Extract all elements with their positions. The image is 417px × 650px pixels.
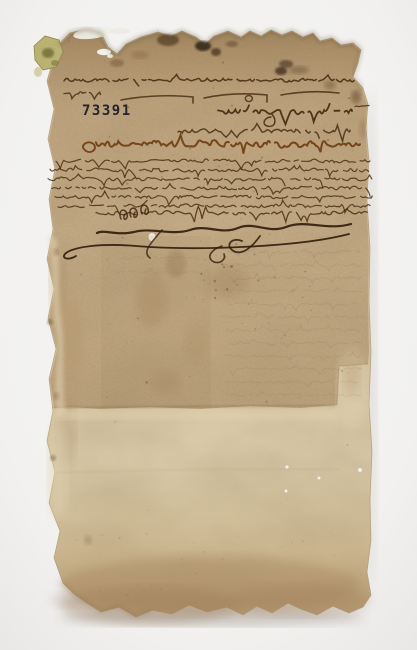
speck (189, 376, 190, 377)
speck (200, 273, 202, 275)
catalog-number-stamp: 73391 (82, 103, 132, 119)
speck (268, 323, 269, 324)
speck (265, 281, 266, 282)
speck (127, 594, 129, 596)
speck (143, 310, 144, 311)
speck (352, 150, 354, 152)
speck (102, 534, 104, 536)
speck (292, 289, 294, 291)
speck (269, 233, 271, 235)
speck (114, 421, 116, 423)
speck (145, 122, 146, 123)
speck (204, 259, 205, 260)
speck (222, 62, 224, 64)
speck (304, 271, 306, 273)
speck (212, 87, 214, 89)
speck (348, 97, 350, 99)
photo-canvas: 73391 (0, 0, 417, 650)
speck (146, 533, 148, 535)
speck (215, 193, 216, 194)
speck (327, 139, 329, 141)
speck (350, 46, 351, 47)
speck (284, 335, 286, 337)
speck (161, 176, 163, 178)
manuscript-photo: 73391 (0, 0, 417, 650)
speck (310, 310, 311, 311)
speck (68, 40, 70, 42)
speck (181, 559, 182, 560)
speck (235, 243, 237, 245)
speck (233, 44, 234, 45)
speck (281, 338, 282, 339)
speck (333, 554, 335, 556)
speck (253, 191, 255, 193)
speck (226, 164, 228, 166)
speck (257, 279, 259, 281)
speck (128, 106, 130, 108)
speck (122, 237, 124, 239)
speck (203, 551, 205, 553)
speck (80, 274, 82, 276)
speck (346, 444, 348, 446)
speck (236, 284, 237, 285)
speck (195, 588, 196, 589)
speck (282, 116, 283, 117)
speck (188, 423, 189, 424)
speck (151, 585, 153, 587)
speck (106, 259, 108, 261)
speck (253, 253, 255, 255)
speck (190, 342, 191, 343)
speck (214, 280, 217, 283)
speck (302, 540, 304, 542)
speck (195, 573, 197, 575)
speck (309, 440, 310, 441)
speck (203, 279, 205, 281)
speck (254, 328, 256, 330)
speck (63, 52, 64, 53)
speck (214, 297, 216, 299)
speck (160, 588, 162, 590)
speck (300, 111, 301, 112)
speck (302, 296, 304, 298)
speck (292, 542, 294, 544)
speck (210, 259, 211, 260)
speck (59, 522, 61, 524)
speck (126, 183, 128, 185)
speck (136, 585, 138, 587)
speck (189, 148, 191, 150)
speck (225, 45, 226, 46)
speck (221, 263, 223, 265)
speck (258, 566, 259, 567)
speck (265, 401, 267, 403)
speck (282, 89, 284, 91)
speck (248, 304, 249, 305)
speck (348, 372, 349, 373)
speck (261, 157, 263, 159)
speck (194, 296, 195, 297)
speck (304, 172, 306, 174)
speck (200, 241, 201, 242)
speck (257, 169, 258, 170)
speck (324, 477, 325, 478)
speck (231, 265, 233, 267)
speck (244, 207, 246, 209)
speck (137, 317, 139, 319)
speck (224, 256, 227, 259)
speck (76, 509, 77, 510)
speck (299, 397, 300, 398)
speck (106, 396, 107, 397)
speck (218, 165, 220, 167)
speck (314, 584, 316, 586)
speck (300, 80, 301, 81)
speck (99, 553, 100, 554)
speck (100, 542, 101, 543)
speck (359, 368, 360, 369)
speck (241, 218, 242, 219)
speck (269, 560, 270, 561)
speck (231, 599, 232, 600)
speck (148, 145, 150, 147)
speck (151, 383, 152, 384)
speck (132, 341, 133, 342)
speck (319, 236, 320, 237)
speck (223, 266, 225, 268)
speck (136, 507, 137, 508)
speck (226, 288, 228, 290)
speck (119, 537, 121, 539)
speck (127, 342, 128, 343)
speck (108, 136, 110, 138)
speck (99, 139, 100, 140)
speck (231, 105, 233, 107)
speck (273, 276, 275, 278)
speck (309, 286, 311, 288)
speck (237, 536, 238, 537)
speck (203, 299, 204, 300)
speck (281, 546, 282, 547)
speck (274, 148, 275, 149)
speck (76, 539, 78, 541)
speck (172, 155, 173, 156)
speck (147, 509, 149, 511)
speck (268, 582, 269, 583)
speck (330, 532, 332, 534)
speck (251, 300, 252, 301)
ink-blot (275, 67, 287, 75)
speck (146, 381, 148, 383)
speck (193, 542, 195, 544)
speck (230, 587, 232, 589)
speck (241, 323, 243, 325)
speck (222, 559, 224, 561)
speck (303, 563, 304, 564)
speck (287, 499, 288, 500)
speck (186, 297, 187, 298)
speck (341, 370, 343, 372)
speck (99, 590, 101, 592)
speck (215, 289, 217, 291)
